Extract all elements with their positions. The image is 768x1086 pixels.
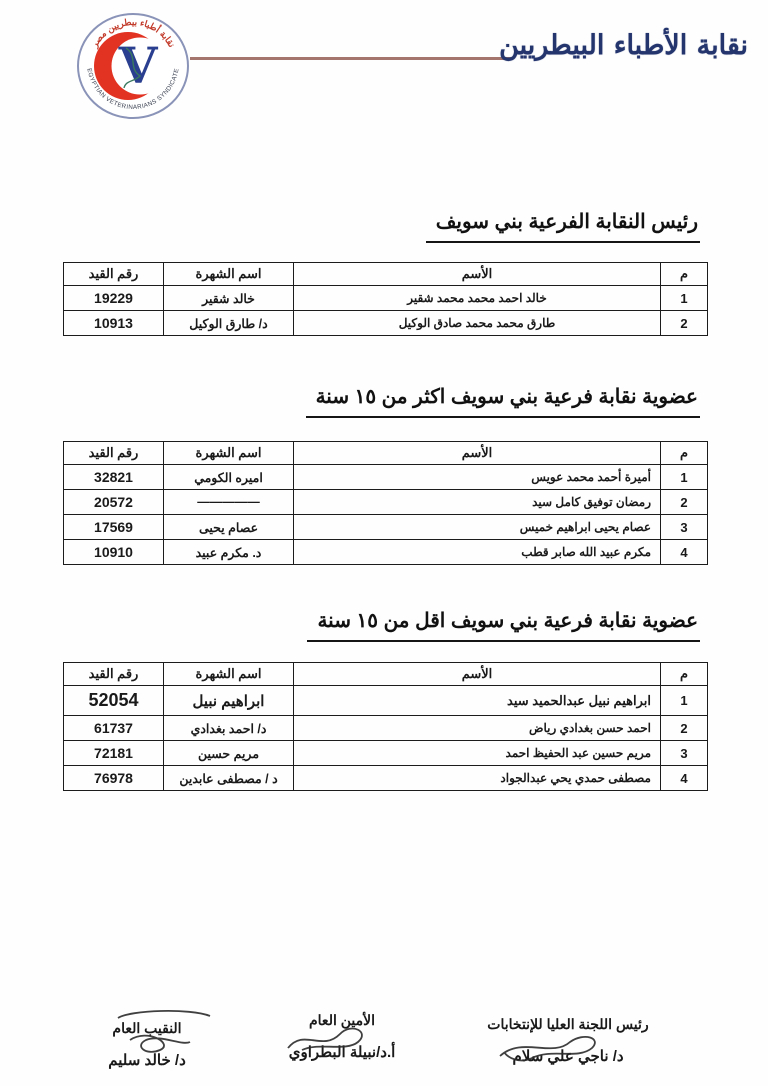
cell-reg-no: 72181 bbox=[64, 741, 164, 766]
veterinary-syndicate-logo: نقابة أطباء بيطريين مصر EGYPTIAN VETERIN… bbox=[76, 12, 190, 120]
table-header-row: م الأسم اسم الشهرة رقم القيد bbox=[64, 263, 708, 286]
signature-role: الأمين العام bbox=[252, 1012, 432, 1029]
col-header-name: الأسم bbox=[294, 663, 661, 686]
table-header-row: م الأسم اسم الشهرة رقم القيد bbox=[64, 663, 708, 686]
cell-name: ابراهيم نبيل عبدالحميد سيد bbox=[294, 686, 661, 716]
cell-name: أميرة أحمد محمد عويس bbox=[294, 465, 661, 490]
cell-name: طارق محمد محمد صادق الوكيل bbox=[294, 311, 661, 336]
cell-known-as: ابراهيم نبيل bbox=[164, 686, 294, 716]
col-header-known-as: اسم الشهرة bbox=[164, 263, 294, 286]
cell-name: خالد احمد محمد محمد شقير bbox=[294, 286, 661, 311]
section-title-branch-president: رئيس النقابة الفرعية بني سويف bbox=[426, 209, 700, 243]
logo-emblem-icon: نقابة أطباء بيطريين مصر EGYPTIAN VETERIN… bbox=[76, 12, 190, 120]
cell-known-as: خالد شقير bbox=[164, 286, 294, 311]
section-title-membership-under-15: عضوية نقابة فرعية بني سويف اقل من ١٥ سنة bbox=[307, 608, 700, 642]
col-header-reg-no: رقم القيد bbox=[64, 442, 164, 465]
section-title-membership-over-15: عضوية نقابة فرعية بني سويف اكثر من ١٥ سن… bbox=[306, 384, 700, 418]
table-row: 4 مصطفى حمدي يحي عبدالجواد د / مصطفى عاب… bbox=[64, 766, 708, 791]
col-header-serial: م bbox=[661, 263, 708, 286]
cell-serial: 4 bbox=[661, 540, 708, 565]
signature-name: د/ خالد سليم bbox=[72, 1051, 222, 1069]
cell-name: مكرم عبيد الله صابر قطب bbox=[294, 540, 661, 565]
table-header-row: م الأسم اسم الشهرة رقم القيد bbox=[64, 442, 708, 465]
table-row: 4 مكرم عبيد الله صابر قطب د. مكرم عبيد 1… bbox=[64, 540, 708, 565]
col-header-reg-no: رقم القيد bbox=[64, 263, 164, 286]
cell-name: عصام يحيى ابراهيم خميس bbox=[294, 515, 661, 540]
col-header-known-as: اسم الشهرة bbox=[164, 663, 294, 686]
cell-serial: 1 bbox=[661, 465, 708, 490]
signature-role: رئيس اللجنة العليا للإنتخابات bbox=[462, 1016, 674, 1033]
cell-reg-no: 32821 bbox=[64, 465, 164, 490]
table-row: 2 احمد حسن بغدادي رياض د/ احمد بغدادي 61… bbox=[64, 716, 708, 741]
cell-reg-no: 17569 bbox=[64, 515, 164, 540]
table-row: 3 مريم حسين عبد الحفيظ احمد مريم حسين 72… bbox=[64, 741, 708, 766]
cell-name: مصطفى حمدي يحي عبدالجواد bbox=[294, 766, 661, 791]
header-divider-line bbox=[190, 57, 512, 60]
signature-name: د/ ناجي علي سلام bbox=[462, 1047, 674, 1065]
cell-reg-no: 61737 bbox=[64, 716, 164, 741]
cell-serial: 1 bbox=[661, 286, 708, 311]
cell-known-as: د / مصطفى عابدين bbox=[164, 766, 294, 791]
document-page: نقابة أطباء بيطريين مصر EGYPTIAN VETERIN… bbox=[0, 0, 768, 1086]
cell-reg-no: 19229 bbox=[64, 286, 164, 311]
cell-known-as: ————— bbox=[164, 490, 294, 515]
cell-serial: 2 bbox=[661, 490, 708, 515]
table-row: 1 ابراهيم نبيل عبدالحميد سيد ابراهيم نبي… bbox=[64, 686, 708, 716]
table-row: 1 أميرة أحمد محمد عويس اميره الكومي 3282… bbox=[64, 465, 708, 490]
col-header-reg-no: رقم القيد bbox=[64, 663, 164, 686]
logo-monogram: V bbox=[118, 36, 159, 95]
cell-known-as: عصام يحيى bbox=[164, 515, 294, 540]
cell-serial: 3 bbox=[661, 515, 708, 540]
cell-known-as: اميره الكومي bbox=[164, 465, 294, 490]
cell-name: رمضان توفيق كامل سيد bbox=[294, 490, 661, 515]
cell-reg-no: 10910 bbox=[64, 540, 164, 565]
cell-serial: 3 bbox=[661, 741, 708, 766]
cell-serial: 2 bbox=[661, 716, 708, 741]
table-row: 2 رمضان توفيق كامل سيد ————— 20572 bbox=[64, 490, 708, 515]
col-header-known-as: اسم الشهرة bbox=[164, 442, 294, 465]
cell-known-as: مريم حسين bbox=[164, 741, 294, 766]
org-name-calligraphy: نقابة الأطباء البيطريين bbox=[506, 30, 748, 61]
cell-name: مريم حسين عبد الحفيظ احمد bbox=[294, 741, 661, 766]
signature-block-elections-committee-head: رئيس اللجنة العليا للإنتخابات د/ ناجي عل… bbox=[462, 1016, 674, 1065]
col-header-serial: م bbox=[661, 442, 708, 465]
cell-serial: 2 bbox=[661, 311, 708, 336]
table-row: 3 عصام يحيى ابراهيم خميس عصام يحيى 17569 bbox=[64, 515, 708, 540]
cell-serial: 1 bbox=[661, 686, 708, 716]
cell-reg-no: 76978 bbox=[64, 766, 164, 791]
signature-block-syndicate-head: النقيب العام د/ خالد سليم bbox=[72, 1020, 222, 1069]
table-row: 1 خالد احمد محمد محمد شقير خالد شقير 192… bbox=[64, 286, 708, 311]
table-membership-over-15: م الأسم اسم الشهرة رقم القيد 1 أميرة أحم… bbox=[63, 441, 708, 565]
col-header-serial: م bbox=[661, 663, 708, 686]
signature-block-secretary-general: الأمين العام أ.د/نبيلة البطراوي bbox=[252, 1012, 432, 1061]
cell-name: احمد حسن بغدادي رياض bbox=[294, 716, 661, 741]
cell-known-as: د/ احمد بغدادي bbox=[164, 716, 294, 741]
table-membership-under-15: م الأسم اسم الشهرة رقم القيد 1 ابراهيم ن… bbox=[63, 662, 708, 791]
col-header-name: الأسم bbox=[294, 442, 661, 465]
cell-reg-no: 20572 bbox=[64, 490, 164, 515]
cell-known-as: د. مكرم عبيد bbox=[164, 540, 294, 565]
table-branch-president: م الأسم اسم الشهرة رقم القيد 1 خالد احمد… bbox=[63, 262, 708, 336]
cell-known-as: د/ طارق الوكيل bbox=[164, 311, 294, 336]
signature-role: النقيب العام bbox=[72, 1020, 222, 1037]
signature-name: أ.د/نبيلة البطراوي bbox=[252, 1043, 432, 1061]
cell-serial: 4 bbox=[661, 766, 708, 791]
cell-reg-no: 10913 bbox=[64, 311, 164, 336]
col-header-name: الأسم bbox=[294, 263, 661, 286]
table-row: 2 طارق محمد محمد صادق الوكيل د/ طارق الو… bbox=[64, 311, 708, 336]
cell-reg-no: 52054 bbox=[64, 686, 164, 716]
